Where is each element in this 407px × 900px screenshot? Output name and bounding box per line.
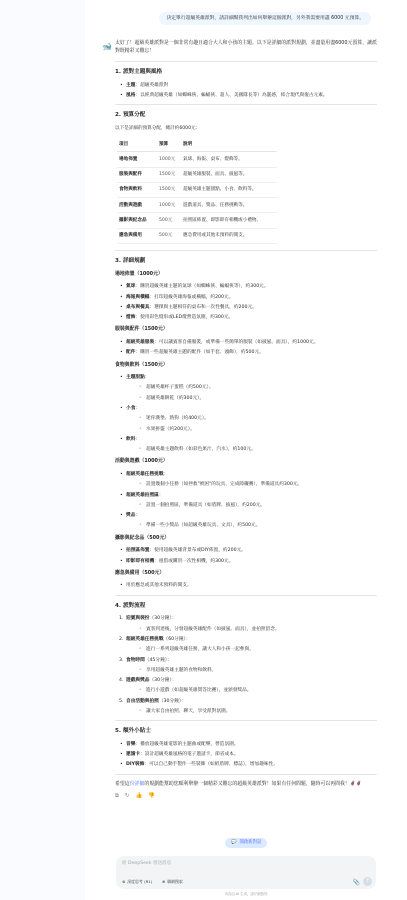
message-actions: ⧉ ↻ 👍 👎: [115, 792, 377, 801]
sub-list: 進行一系列超級英雄任務，讓大人和小孩一起參與。: [126, 646, 377, 653]
cell-budget: 1000元: [157, 152, 181, 167]
item-text: ：購買一些超級英雄主題的配件（如手套、頭飾），約500元。: [135, 350, 263, 355]
regenerate-icon[interactable]: ↻: [125, 792, 130, 801]
food-list: 主題甜點： 超級英雄杯子蛋糕（約500元）。 超級英雄餅乾（約300元）。 小食…: [115, 374, 377, 453]
item-text: ：: [135, 437, 140, 442]
globe-icon: ⊕: [162, 879, 165, 885]
deep-think-label: 深度思考 (R1): [127, 879, 152, 885]
cell-item: 應急與備用: [117, 228, 157, 243]
list-item: 配件：購買一些超級英雄主題的配件（如手套、頭飾），約500元。: [115, 349, 377, 356]
sub-item: 迷你漢堡、熱狗（約400元）。: [126, 415, 377, 422]
divider: [115, 104, 377, 105]
step-number: 4.: [119, 677, 123, 684]
cell-budget: 1500元: [157, 167, 181, 182]
item-text: ：使用彩色燈串或LED燈營造氛圍，約300元。: [135, 315, 233, 320]
column-header: 說明: [181, 138, 277, 152]
step-label: 超級英雄任務挑戰: [126, 637, 164, 642]
item-text: ：: [135, 513, 140, 518]
subsection-food: 食物與飲料（1500元）: [115, 362, 377, 370]
cell-item: 攝影與紀念品: [117, 213, 157, 228]
subsection-photo: 攝影與紀念品（500元）: [115, 535, 377, 543]
step-number: 3.: [119, 657, 123, 664]
item-text: ：: [135, 406, 140, 411]
list-item: 主題甜點： 超級英雄杯子蛋糕（約500元）。 超級英雄餅乾（約300元）。: [115, 374, 377, 402]
step-number: 1.: [119, 615, 123, 622]
new-chat-button[interactable]: 💬 開啟新對話: [225, 838, 267, 848]
cell-item: 場地佈置: [117, 152, 157, 167]
item-text: ：租借或購買一次性相機，約300元。: [154, 559, 233, 564]
flow-step: 2.超級英雄任務挑戰（60分鐘）： 進行一系列超級英雄任務，讓大人和小孩一起參與…: [115, 636, 377, 654]
item-text: ：以經典超級英雄（如蜘蛛俠、蝙蝠俠、超人、美國隊長等）為靈感，結合現代與復古元素…: [135, 93, 327, 98]
sub-item: 超級英雄杯子蛋糕（約500元）。: [126, 384, 377, 391]
sub-item: 進行一系列超級英雄任務，讓大人和小孩一起參與。: [126, 646, 377, 653]
cell-desc: 氣球、海報、桌布、燈飾等。: [181, 152, 277, 167]
item-text: ：: [164, 472, 169, 477]
sub-item: 享用超級英雄主題的食物和飲料。: [126, 667, 377, 674]
item-label: 獎品: [126, 513, 135, 518]
flow-step: 5.自由活動與拍照（30分鐘）： 讓大家自由拍照、聊天，享受派對氛圍。: [115, 698, 377, 716]
sub-item: 賓客到達後，分發超級英雄配件（如披風、面具），並拍照留念。: [126, 626, 377, 633]
list-item: 小食： 迷你漢堡、熱狗（約400元）。 水果拼盤（約200元）。: [115, 405, 377, 433]
assistant-intro: 太好了！超級英雄派對是一個非常有趣且適合大人和小孩的主題。以下是詳細的派對規劃，…: [115, 40, 377, 55]
costume-list: 超級英雄服裝：可以讓賓客自備服裝，或準備一些簡單的服裝（如披風、面具），約100…: [115, 339, 377, 357]
step-time: （30分鐘）：: [159, 699, 186, 704]
item-text: ：: [145, 375, 150, 380]
cell-desc: 拍照區佈置、即影即有相機或小禮物。: [181, 213, 277, 228]
cell-desc: 超級英雄服裝、面具、披風等。: [181, 167, 277, 182]
cell-budget: 500元: [157, 228, 181, 243]
step-label: 自由活動與拍照: [126, 699, 159, 704]
sub-list: 讓大家自由拍照、聊天，享受派對氛圍。: [126, 708, 377, 715]
ai-disclaimer: 內容由 AI 生成，請仔細甄別: [85, 892, 407, 897]
item-text: ：: [159, 493, 164, 498]
item-label: 小食: [126, 406, 135, 411]
cell-desc: 遊戲道具、獎品、任務挑戰等。: [181, 198, 277, 213]
cell-item: 服裝與配件: [117, 167, 157, 182]
divider: [115, 250, 377, 251]
step-time: （30分鐘）：: [149, 616, 176, 621]
table-row: 食物與飲料1500元超級英雄主題甜點、小食、飲料等。: [117, 182, 277, 197]
subsection-reserve: 應急與備用（500元）: [115, 570, 377, 578]
table-row: 服裝與配件1500元超級英雄服裝、面具、披風等。: [117, 167, 277, 182]
flow-step: 4.遊戲與獎品（30分鐘）： 進行小遊戲（如超級英雄問答比賽），並頒發獎品。: [115, 677, 377, 695]
table-row: 場地佈置1000元氣球、海報、桌布、燈飾等。: [117, 152, 277, 167]
cell-budget: 500元: [157, 213, 181, 228]
item-label: 超級英雄拍照區: [126, 493, 159, 498]
assistant-message: 🐋 太好了！超級英雄派對是一個非常有趣且適合大人和小孩的主題。以下是詳細的派對規…: [115, 40, 377, 801]
list-item: DIY裝飾：可以自己動手製作一些裝飾（如紙盾牌、標誌），增加趣味性。: [115, 761, 377, 768]
flow-list: 1.迎賓與裝扮（30分鐘）： 賓客到達後，分發超級英雄配件（如披風、面具），並拍…: [115, 615, 377, 715]
message-composer[interactable]: 給 DeepSeek 發送消息 ⊗ 深度思考 (R1) ⊕ 聯網搜索 📎 ↑: [116, 856, 376, 889]
list-item: 拍照區佈置：使用超級英雄背景布或DIY佈置，約200元。: [115, 547, 377, 554]
item-label: DIY裝飾: [126, 762, 144, 767]
deep-think-icon: ⊗: [122, 879, 125, 885]
item-label: 風格: [126, 93, 135, 98]
section-title-tips: 5. 額外小貼士: [115, 727, 377, 736]
item-text: ：使用超級英雄背景布或DIY佈置，約200元。: [149, 548, 246, 553]
item-label: 氣球: [126, 284, 135, 289]
item-label: 音樂: [126, 742, 135, 747]
section-title-details: 3. 詳細規劃: [115, 257, 377, 266]
sub-item: 超級英雄餅乾（約300元）。: [126, 395, 377, 402]
list-item: 超級英雄服裝：可以讓賓客自備服裝，或準備一些簡單的服裝（如披風、面具），約100…: [115, 339, 377, 346]
copy-icon[interactable]: ⧉: [115, 792, 119, 801]
item-label: 主題: [126, 83, 135, 88]
paperclip-icon[interactable]: 📎: [353, 878, 360, 887]
closing-highlight: 份詳細: [130, 781, 145, 787]
subsection-venue: 場地佈置（1000元）: [115, 271, 377, 279]
thumbs-down-icon[interactable]: 👎: [148, 792, 155, 801]
photo-list: 拍照區佈置：使用超級英雄背景布或DIY佈置，約200元。 即影即有相機：租借或購…: [115, 547, 377, 565]
step-time: （60分鐘）：: [164, 637, 191, 642]
step-time: （30分鐘）：: [149, 678, 176, 683]
column-header: 項目: [117, 138, 157, 152]
new-chat-icon: 💬: [231, 838, 236, 848]
list-item: 超級英雄拍照區： 設置一個拍照區，準備道具（如盾牌、披風），約200元。: [115, 492, 377, 510]
tips-list: 音樂：播放超級英雄電影的主題曲或配樂，營造氛圍。 邀請卡：設計超級英雄風格的電子…: [115, 741, 377, 769]
cell-budget: 1000元: [157, 198, 181, 213]
sub-list: 迷你漢堡、熱狗（約400元）。 水果拼盤（約200元）。: [126, 415, 377, 433]
budget-intro: 以下是詳細的預算分配，總計約6000元：: [115, 125, 377, 132]
item-text: ：設計超級英雄風格的電子邀請卡，節省成本。: [140, 752, 238, 757]
list-item: 海報與橫幅：打印超級英雄海報或橫幅，約200元。: [115, 294, 377, 301]
list-item: 氣球：購買超級英雄主題的氣球（如蜘蛛俠、蝙蝠俠等），約300元。: [115, 283, 377, 290]
send-button[interactable]: ↑: [363, 877, 372, 886]
item-label: 超級英雄任務挑戰: [126, 472, 164, 477]
list-item: 邀請卡：設計超級英雄風格的電子邀請卡，節省成本。: [115, 751, 377, 758]
item-text: ：購買超級英雄主題的氣球（如蜘蛛俠、蝙蝠俠等），約300元。: [135, 284, 268, 289]
step-label: 迎賓與裝扮: [126, 616, 149, 621]
sub-list: 超級英雄杯子蛋糕（約500元）。 超級英雄餅乾（約300元）。: [126, 384, 377, 402]
sub-item: 進行小遊戲（如超級英雄問答比賽），並頒發獎品。: [126, 687, 377, 694]
sub-list: 超級英雄主題飲料（如彩色果汁、汽水），約100元。: [126, 446, 377, 453]
item-label: 邀請卡: [126, 752, 140, 757]
sub-list: 準備一些小獎品（如超級英雄玩具、文具），約500元。: [126, 522, 377, 529]
table-row: 攝影與紀念品500元拍照區佈置、即影即有相機或小禮物。: [117, 213, 277, 228]
closing-message: 希望這份詳細的規劃能幫助您順利舉辦一個精彩又難忘的超級英雄派對！如果有任何問題，…: [115, 781, 377, 789]
item-label: 海報與橫幅: [126, 295, 149, 300]
section-title-budget: 2. 預算分配: [115, 111, 377, 120]
user-message-bubble: 決定舉行超級英雄派對，請詳細幫我列出如何舉辦這個派對，另外我需要用盡 6000 …: [159, 12, 371, 25]
item-label: 拍照區佈置: [126, 548, 149, 553]
section-title-theme: 1. 派對主題與風格: [115, 68, 377, 77]
item-label: 配件: [126, 350, 135, 355]
sub-item: 準備一些小獎品（如超級英雄玩具、文具），約500元。: [126, 522, 377, 529]
item-text: ：打印超級英雄海報或橫幅，約200元。: [149, 295, 233, 300]
divider: [115, 720, 377, 721]
item-text: ：超級英雄派對: [135, 83, 168, 88]
step-number: 2.: [119, 636, 123, 643]
venue-list: 氣球：購買超級英雄主題的氣球（如蜘蛛俠、蝙蝠俠等），約300元。 海報與橫幅：打…: [115, 283, 377, 321]
subsection-games: 活動與遊戲（1000元）: [115, 458, 377, 466]
sub-list: 設置幾個小任務（如拯救"被困"的玩具、完成障礙賽），準備道具約300元。: [126, 481, 377, 488]
budget-table: 項目 預算 說明 場地佈置1000元氣球、海報、桌布、燈飾等。 服裝與配件150…: [117, 138, 277, 244]
divider: [115, 774, 377, 775]
cell-desc: 超級英雄主題甜點、小食、飲料等。: [181, 182, 277, 197]
cell-budget: 1500元: [157, 182, 181, 197]
item-text: ：選擇與主題相符的桌布和一次性餐具，約200元。: [149, 305, 256, 310]
item-label: 飲料: [126, 437, 135, 442]
new-chat-label: 開啟新對話: [239, 838, 261, 848]
list-item: 風格：以經典超級英雄（如蜘蛛俠、蝙蝠俠、超人、美國隊長等）為靈感，結合現代與復古…: [115, 92, 377, 99]
flow-step: 1.迎賓與裝扮（30分鐘）： 賓客到達後，分發超級英雄配件（如披風、面具），並拍…: [115, 615, 377, 633]
step-time: （45分鐘）：: [145, 658, 172, 663]
flow-step: 3.食物時間（45分鐘）： 享用超級英雄主題的食物和飲料。: [115, 657, 377, 675]
step-label: 遊戲與獎品: [126, 678, 149, 683]
sub-list: 設置一個拍照區，準備道具（如盾牌、披風），約200元。: [126, 502, 377, 509]
deepseek-whale-icon: 🐋: [102, 42, 111, 51]
sub-list: 進行小遊戲（如超級英雄問答比賽），並頒發獎品。: [126, 687, 377, 694]
list-item: 飲料： 超級英雄主題飲料（如彩色果汁、汽水），約100元。: [115, 436, 377, 454]
cell-item: 食物與飲料: [117, 182, 157, 197]
theme-list: 主題：超級英雄派對 風格：以經典超級英雄（如蜘蛛俠、蝙蝠俠、超人、美國隊長等）為…: [115, 82, 377, 100]
list-item: 超級英雄任務挑戰： 設置幾個小任務（如拯救"被困"的玩具、完成障礙賽），準備道具…: [115, 471, 377, 489]
subsection-costume: 服裝與配件（1500元）: [115, 326, 377, 334]
item-text: ：可以讓賓客自備服裝，或準備一些簡單的服裝（如披風、面具），約1000元。: [154, 340, 318, 345]
closing-text: 的規劃能幫助您順利舉辦一個精彩又難忘的超級英雄派對！如果有任何問題，隨時可以再問…: [144, 781, 362, 787]
step-number: 5.: [119, 698, 123, 705]
sub-item: 水果拼盤（約200元）。: [126, 426, 377, 433]
step-label: 食物時間: [126, 658, 145, 663]
list-item: 用於應急或其他未預料的開支。: [115, 582, 377, 589]
item-label: 即影即有相機: [126, 559, 154, 564]
web-search-label: 聯網搜索: [167, 879, 183, 885]
message-input[interactable]: 給 DeepSeek 發送消息: [122, 860, 171, 867]
item-label: 主題甜點: [126, 375, 145, 380]
reserve-list: 用於應急或其他未預料的開支。: [115, 582, 377, 589]
sub-item: 讓大家自由拍照、聊天，享受派對氛圍。: [126, 708, 377, 715]
games-list: 超級英雄任務挑戰： 設置幾個小任務（如拯救"被困"的玩具、完成障礙賽），準備道具…: [115, 471, 377, 530]
closing-text: 希望這: [115, 781, 130, 787]
cell-desc: 應急費用或其他未預料的開支。: [181, 228, 277, 243]
list-item: 主題：超級英雄派對: [115, 82, 377, 89]
table-row: 應急與備用500元應急費用或其他未預料的開支。: [117, 228, 277, 243]
item-label: 超級英雄服裝: [126, 340, 154, 345]
sub-item: 設置一個拍照區，準備道具（如盾牌、披風），約200元。: [126, 502, 377, 509]
item-text: 用於應急或其他未預料的開支。: [126, 583, 192, 588]
chat-main: 決定舉行超級英雄派對，請詳細幫我列出如何舉辦這個派對，另外我需要用盡 6000 …: [85, 0, 407, 900]
sidebar-panel: [0, 0, 85, 900]
sub-item: 超級英雄主題飲料（如彩色果汁、汽水），約100元。: [126, 446, 377, 453]
list-item: 桌布與餐具：選擇與主題相符的桌布和一次性餐具，約200元。: [115, 304, 377, 311]
column-header: 預算: [157, 138, 181, 152]
divider: [115, 61, 377, 62]
web-search-button[interactable]: ⊕ 聯網搜索: [162, 879, 183, 886]
section-title-flow: 4. 派對流程: [115, 602, 377, 611]
item-text: ：可以自己動手製作一些裝飾（如紙盾牌、標誌），增加趣味性。: [144, 762, 278, 767]
deep-think-button[interactable]: ⊗ 深度思考 (R1): [122, 879, 152, 886]
cell-item: 活動與遊戲: [117, 198, 157, 213]
list-item: 即影即有相機：租借或購買一次性相機，約300元。: [115, 558, 377, 565]
thumbs-up-icon[interactable]: 👍: [136, 792, 143, 801]
sub-list: 賓客到達後，分發超級英雄配件（如披風、面具），並拍照留念。: [126, 626, 377, 633]
item-label: 燈飾: [126, 315, 135, 320]
table-row: 活動與遊戲1000元遊戲道具、獎品、任務挑戰等。: [117, 198, 277, 213]
item-label: 桌布與餐具: [126, 305, 149, 310]
table-header-row: 項目 預算 說明: [117, 138, 277, 152]
list-item: 音樂：播放超級英雄電影的主題曲或配樂，營造氛圍。: [115, 741, 377, 748]
list-item: 獎品： 準備一些小獎品（如超級英雄玩具、文具），約500元。: [115, 512, 377, 530]
sub-list: 享用超級英雄主題的食物和飲料。: [126, 667, 377, 674]
sub-item: 設置幾個小任務（如拯救"被困"的玩具、完成障礙賽），準備道具約300元。: [126, 481, 377, 488]
divider: [115, 595, 377, 596]
item-text: ：播放超級英雄電影的主題曲或配樂，營造氛圍。: [135, 742, 238, 747]
list-item: 燈飾：使用彩色燈串或LED燈營造氛圍，約300元。: [115, 314, 377, 321]
